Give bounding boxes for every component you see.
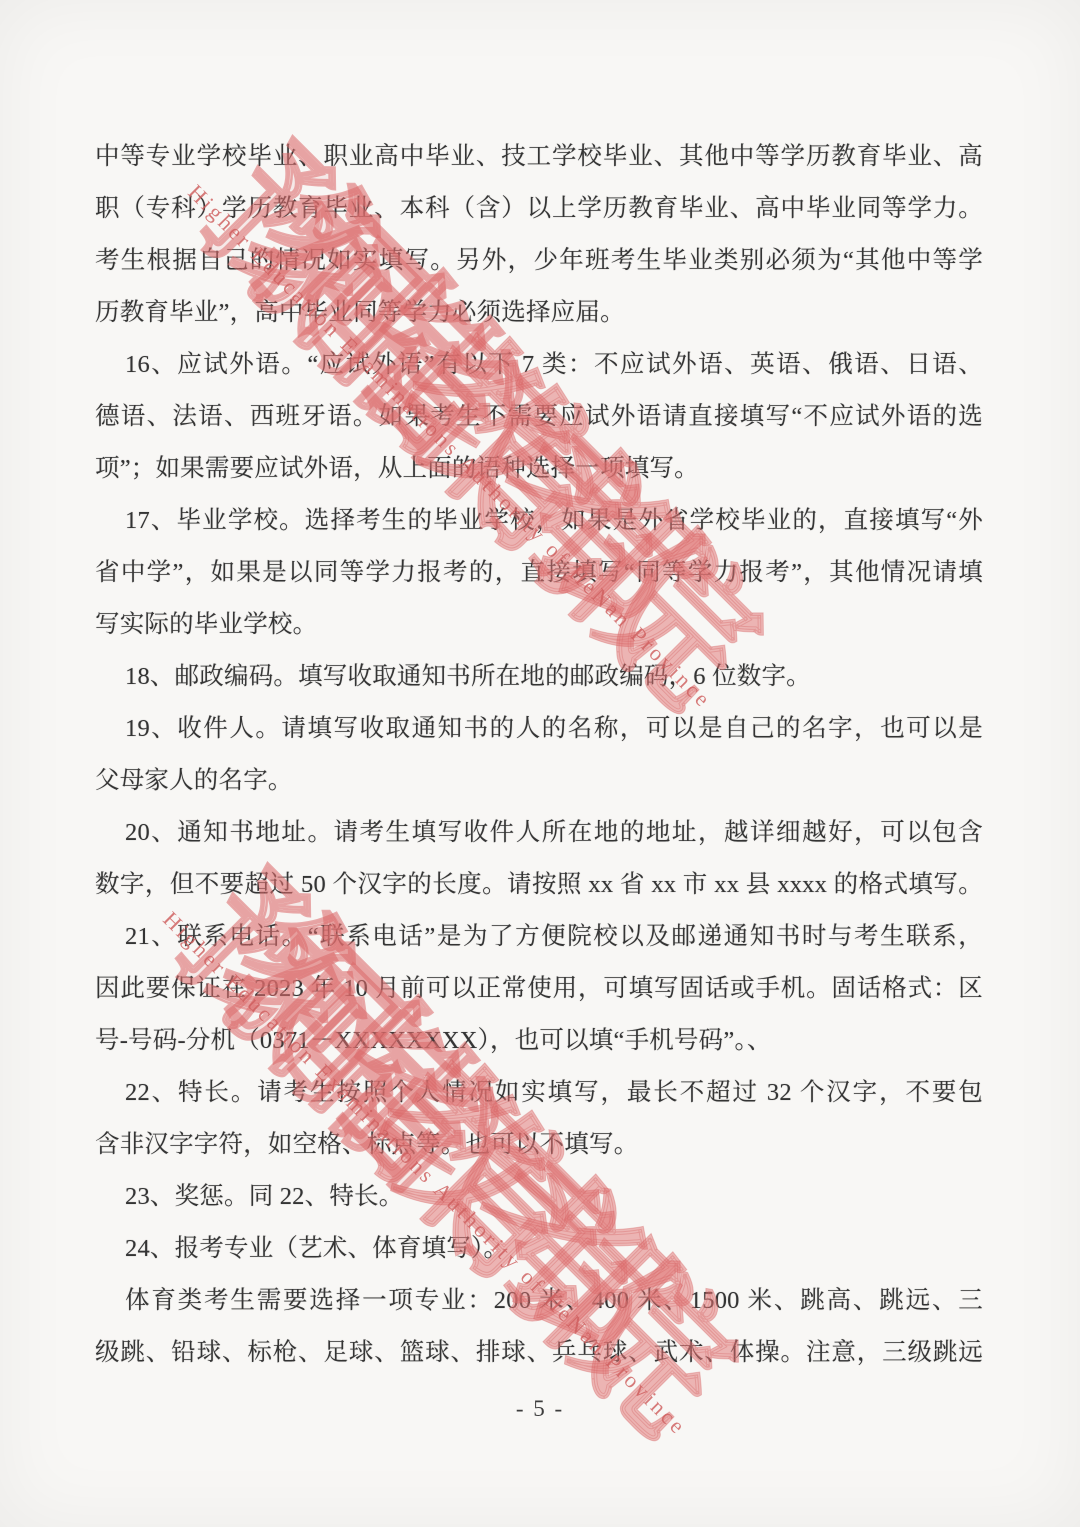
text-line: 写实际的毕业学校。 — [95, 599, 983, 651]
text-line: 19、收件人。请填写收取通知书的人的名称，可以是自己的名字，也可以是 — [95, 703, 983, 755]
text-line: 级跳、铅球、标枪、足球、篮球、排球、乒乓球、武术、体操。注意，三级跳远 — [95, 1327, 983, 1379]
document-page: 中等专业学校毕业、职业高中毕业、技工学校毕业、其他中等学历教育毕业、高职（专科）… — [0, 0, 1080, 1527]
document-lines: 中等专业学校毕业、职业高中毕业、技工学校毕业、其他中等学历教育毕业、高职（专科）… — [95, 131, 983, 1379]
text-line: 父母家人的名字。 — [95, 755, 983, 807]
text-line: 23、奖惩。同 22、特长。 — [95, 1171, 983, 1223]
text-line: 中等专业学校毕业、职业高中毕业、技工学校毕业、其他中等学历教育毕业、高 — [95, 131, 983, 183]
text-line: 历教育毕业”，高中毕业同等学力必须选择应届。 — [95, 287, 983, 339]
text-line: 数字，但不要超过 50 个汉字的长度。请按照 xx 省 xx 市 xx 县 xx… — [95, 859, 983, 911]
text-line: 24、报考专业（艺术、体育填写）。 — [95, 1223, 983, 1275]
text-line: 省中学”，如果是以同等学力报考的，直接填写“同等学力报考”，其他情况请填 — [95, 547, 983, 599]
page-number: - 5 - — [0, 1396, 1080, 1422]
text-line: 德语、法语、西班牙语。如果考生不需要应试外语请直接填写“不应试外语的选 — [95, 391, 983, 443]
text-line: 16、应试外语。“应试外语”有以下 7 类：不应试外语、英语、俄语、日语、 — [95, 339, 983, 391]
text-line: 18、邮政编码。填写收取通知书所在地的邮政编码，6 位数字。 — [95, 651, 983, 703]
text-line: 21、联系电话。“联系电话”是为了方便院校以及邮递通知书时与考生联系， — [95, 911, 983, 963]
text-line: 含非汉字字符，如空格、标点等。也可以不填写。 — [95, 1119, 983, 1171]
text-line: 因此要保证在 2023 年 10 月前可以正常使用，可填写固话或手机。固话格式：… — [95, 963, 983, 1015]
text-line: 项”；如果需要应试外语，从上面的语种选择一项填写。 — [95, 443, 983, 495]
text-line: 体育类考生需要选择一项专业：200 米、400 米、1500 米、跳高、跳远、三 — [95, 1275, 983, 1327]
text-line: 职（专科）学历教育毕业、本科（含）以上学历教育毕业、高中毕业同等学力。 — [95, 183, 983, 235]
text-line: 20、通知书地址。请考生填写收件人所在地的地址，越详细越好，可以包含 — [95, 807, 983, 859]
text-line: 17、毕业学校。选择考生的毕业学校，如果是外省学校毕业的，直接填写“外 — [95, 495, 983, 547]
text-line: 考生根据自己的情况如实填写。另外，少年班考生毕业类别必须为“其他中等学 — [95, 235, 983, 287]
text-line: 22、特长。请考生按照个人情况如实填写，最长不超过 32 个汉字，不要包 — [95, 1067, 983, 1119]
text-line: 号-号码-分机（0371－XXXXXXXX），也可以填“手机号码”。、 — [95, 1015, 983, 1067]
